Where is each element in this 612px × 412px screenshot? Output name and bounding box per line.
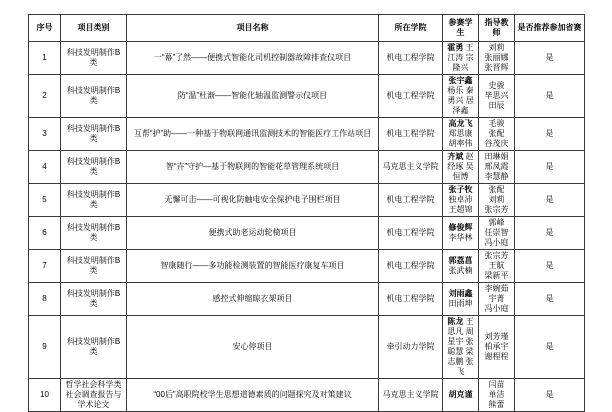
cell-teachers: 田琳娟邢凤霞李慧静 bbox=[479, 151, 515, 184]
student-name: 张子牧 bbox=[449, 185, 473, 194]
cell-no: 7 bbox=[29, 250, 61, 283]
teacher-name: 田辰 bbox=[481, 101, 512, 111]
col-header-no: 序号 bbox=[29, 15, 61, 42]
cell-recommended: 是 bbox=[515, 184, 585, 217]
cell-category: 科技发明制作B类 bbox=[61, 184, 127, 217]
cell-students: 修俊辉 李华林 bbox=[443, 217, 479, 250]
teacher-name: 刘芳瑾 bbox=[481, 332, 512, 342]
table-row: 8科技发明制作B类感控式伸缩晾衣架项目机电工程学院刘雨鑫 田雨坤李婉茹宇菁冯小庭… bbox=[29, 283, 585, 316]
cell-college: 机电工程学院 bbox=[379, 42, 443, 75]
teacher-name: 冯小庭 bbox=[481, 304, 512, 314]
cell-recommended: 是 bbox=[515, 42, 585, 75]
teacher-name: 毛骏 bbox=[481, 119, 512, 129]
cell-college: 机电工程学院 bbox=[379, 217, 443, 250]
teacher-name: 郭峰 bbox=[481, 218, 512, 228]
cell-teachers: 郭峰任崇智冯小庭 bbox=[479, 217, 515, 250]
teacher-name: 邢凤霞 bbox=[481, 162, 512, 172]
table-body: 1科技发明制作B类一“幕”了然——便携式智能化司机控制器故障排查仪项目机电工程学… bbox=[29, 42, 585, 363]
cell-no: 4 bbox=[29, 151, 61, 184]
teacher-name: 张宗芳 bbox=[481, 205, 512, 215]
col-header-title: 项目名称 bbox=[127, 15, 379, 42]
teacher-name: 刘莉 bbox=[481, 43, 512, 53]
cell-college: 机电工程学院 bbox=[379, 184, 443, 217]
cell-no: 9 bbox=[29, 316, 61, 363]
cell-students: 张宇鑫 杨乐 秦勇兴 居泽鑫 bbox=[443, 75, 479, 118]
table-row: 5科技发明制作B类无懈可击——可视化防触电安全保护电子围栏项目机电工程学院张子牧… bbox=[29, 184, 585, 217]
student-name: 高龙飞 bbox=[449, 119, 473, 128]
cell-category: 科技发明制作B类 bbox=[61, 316, 127, 363]
teacher-name: 刘莉 bbox=[481, 195, 512, 205]
teacher-name: 张丽娜 bbox=[481, 53, 512, 63]
cell-category: 科技发明制作B类 bbox=[61, 75, 127, 118]
cell-teachers: 刘莉张丽娜张晋辉 bbox=[479, 42, 515, 75]
teacher-name: 柏承宇 bbox=[481, 342, 512, 352]
student-name: 独卓沛 bbox=[449, 195, 473, 204]
teacher-name: 谢程程 bbox=[481, 352, 512, 362]
table-row: 4科技发明制作B类智“卉”守护—基于物联网的智能花草管理系统项目马克思主义学院齐… bbox=[29, 151, 585, 184]
cell-students: 高龙飞 郑思康 胡率伟 bbox=[443, 118, 479, 151]
table-row: 6科技发明制作B类便携式助老运动轮椅项目机电工程学院修俊辉 李华林郭峰任崇智冯小… bbox=[29, 217, 585, 250]
cell-recommended: 是 bbox=[515, 250, 585, 283]
cell-category: 科技发明制作B类 bbox=[61, 118, 127, 151]
teacher-name: 王航 bbox=[481, 261, 512, 271]
teacher-name: 李慧静 bbox=[481, 172, 512, 182]
cell-recommended: 是 bbox=[515, 217, 585, 250]
teacher-name: 宇菁 bbox=[481, 294, 512, 304]
cell-teachers: 张宗芳王航梁新平 bbox=[479, 250, 515, 283]
cell-no: 5 bbox=[29, 184, 61, 217]
cell-title: 无懈可击——可视化防触电安全保护电子围栏项目 bbox=[127, 184, 379, 217]
cell-teachers: 刘芳瑾柏承宇谢程程 bbox=[479, 316, 515, 363]
header-row: 序号 项目类别 项目名称 所在学院 参赛学生 指导教师 是否推荐参加省赛 bbox=[29, 15, 585, 42]
cell-college: 机电工程学院 bbox=[379, 118, 443, 151]
cell-teachers: 李婉茹宇菁冯小庭 bbox=[479, 283, 515, 316]
teacher-name: 李婉茹 bbox=[481, 284, 512, 294]
cell-students: 陈龙 王思凡 周星宇 张聪慧 梁志鹏 张飞 bbox=[443, 316, 479, 363]
cell-teachers: 毛骏张配谷茂庆 bbox=[479, 118, 515, 151]
teacher-name: 冯小庭 bbox=[481, 238, 512, 248]
cell-no: 8 bbox=[29, 283, 61, 316]
cell-title: 防“温”杜渐——智能化轴温监测警示仪项目 bbox=[127, 75, 379, 118]
student-name: 田雨坤 bbox=[449, 299, 473, 308]
cell-recommended: 是 bbox=[515, 75, 585, 118]
student-name: 王超锦 bbox=[449, 205, 473, 214]
cell-category: 科技发明制作B类 bbox=[61, 283, 127, 316]
student-name: 霍勇 bbox=[447, 43, 463, 52]
student-name: 张宇鑫 bbox=[449, 76, 473, 85]
col-header-teachers: 指导教师 bbox=[479, 15, 515, 42]
col-header-college: 所在学院 bbox=[379, 15, 443, 42]
teacher-name: 任崇智 bbox=[481, 228, 512, 238]
cell-recommended: 是 bbox=[515, 151, 585, 184]
cell-category: 科技发明制作B类 bbox=[61, 42, 127, 75]
teacher-name: 梁新平 bbox=[481, 271, 512, 281]
student-name: 陈龙 bbox=[447, 317, 463, 326]
table-row: 7科技发明制作B类智康随行——多功能检测装置的智能医疗康复车项目机电工程学院郭荔… bbox=[29, 250, 585, 283]
project-table: 序号 项目类别 项目名称 所在学院 参赛学生 指导教师 是否推荐参加省赛 1科技… bbox=[28, 14, 585, 362]
cell-recommended: 是 bbox=[515, 316, 585, 363]
cell-college: 机电工程学院 bbox=[379, 283, 443, 316]
table-row: 9科技发明制作B类安心停项目牵引动力学院陈龙 王思凡 周星宇 张聪慧 梁志鹏 张… bbox=[29, 316, 585, 363]
cell-teachers: 张配刘莉张宗芳 bbox=[479, 184, 515, 217]
student-name: 杨乐 bbox=[447, 86, 463, 95]
student-name: 李华林 bbox=[449, 233, 473, 242]
teacher-name: 田琳娟 bbox=[481, 152, 512, 162]
cell-college: 牵引动力学院 bbox=[379, 316, 443, 363]
cell-college: 马克思主义学院 bbox=[379, 151, 443, 184]
teacher-name: 张配 bbox=[481, 185, 512, 195]
cell-title: 便携式助老运动轮椅项目 bbox=[127, 217, 379, 250]
cell-recommended: 是 bbox=[515, 118, 585, 151]
table-row: 2科技发明制作B类防“温”杜渐——智能化轴温监测警示仪项目机电工程学院张宇鑫 杨… bbox=[29, 75, 585, 118]
teacher-name: 史骏 bbox=[481, 81, 512, 91]
cell-no: 6 bbox=[29, 217, 61, 250]
student-name: 张武楠 bbox=[449, 266, 473, 275]
cell-title: 一“幕”了然——便携式智能化司机控制器故障排查仪项目 bbox=[127, 42, 379, 75]
cell-title: 安心停项目 bbox=[127, 316, 379, 363]
cell-no: 1 bbox=[29, 42, 61, 75]
cell-no: 3 bbox=[29, 118, 61, 151]
student-name: 修俊辉 bbox=[449, 223, 473, 232]
cell-title: 感控式伸缩晾衣架项目 bbox=[127, 283, 379, 316]
cell-teachers: 史骏毕思兴田辰 bbox=[479, 75, 515, 118]
student-name: 胡率伟 bbox=[449, 139, 473, 148]
cell-recommended: 是 bbox=[515, 283, 585, 316]
teacher-name: 谷茂庆 bbox=[481, 139, 512, 149]
cell-college: 机电工程学院 bbox=[379, 75, 443, 118]
cell-category: 科技发明制作B类 bbox=[61, 217, 127, 250]
table-row: 3科技发明制作B类互帮“护”助——一种基于物联网通讯监测技术的智能医疗工作站项目… bbox=[29, 118, 585, 151]
student-name: 齐斌 bbox=[447, 152, 463, 161]
teacher-name: 张晋辉 bbox=[481, 63, 512, 73]
cell-students: 张子牧 独卓沛 王超锦 bbox=[443, 184, 479, 217]
teacher-name: 张配 bbox=[481, 129, 512, 139]
cell-category: 科技发明制作B类 bbox=[61, 250, 127, 283]
cell-title: 互帮“护”助——一种基于物联网通讯监测技术的智能医疗工作站项目 bbox=[127, 118, 379, 151]
cell-students: 齐斌 赵经琢 吴恒博 bbox=[443, 151, 479, 184]
col-header-recommended: 是否推荐参加省赛 bbox=[515, 15, 585, 42]
student-name: 郭荔菖 bbox=[449, 256, 473, 265]
cell-title: 智康随行——多功能检测装置的智能医疗康复车项目 bbox=[127, 250, 379, 283]
cell-students: 刘雨鑫 田雨坤 bbox=[443, 283, 479, 316]
teacher-name: 张宗芳 bbox=[481, 251, 512, 261]
student-name: 郑思康 bbox=[449, 129, 473, 138]
cell-title: 智“卉”守护—基于物联网的智能花草管理系统项目 bbox=[127, 151, 379, 184]
cell-no: 2 bbox=[29, 75, 61, 118]
cell-college: 机电工程学院 bbox=[379, 250, 443, 283]
teacher-name: 毕思兴 bbox=[481, 91, 512, 101]
student-name: 刘雨鑫 bbox=[449, 289, 473, 298]
cell-students: 霍勇 王江涛 宗隆兴 bbox=[443, 42, 479, 75]
col-header-students: 参赛学生 bbox=[443, 15, 479, 42]
cell-category: 科技发明制作B类 bbox=[61, 151, 127, 184]
col-header-category: 项目类别 bbox=[61, 15, 127, 42]
project-table-sheet: 序号 项目类别 项目名称 所在学院 参赛学生 指导教师 是否推荐参加省赛 1科技… bbox=[28, 14, 585, 362]
cell-students: 郭荔菖 张武楠 bbox=[443, 250, 479, 283]
table-row: 1科技发明制作B类一“幕”了然——便携式智能化司机控制器故障排查仪项目机电工程学… bbox=[29, 42, 585, 75]
